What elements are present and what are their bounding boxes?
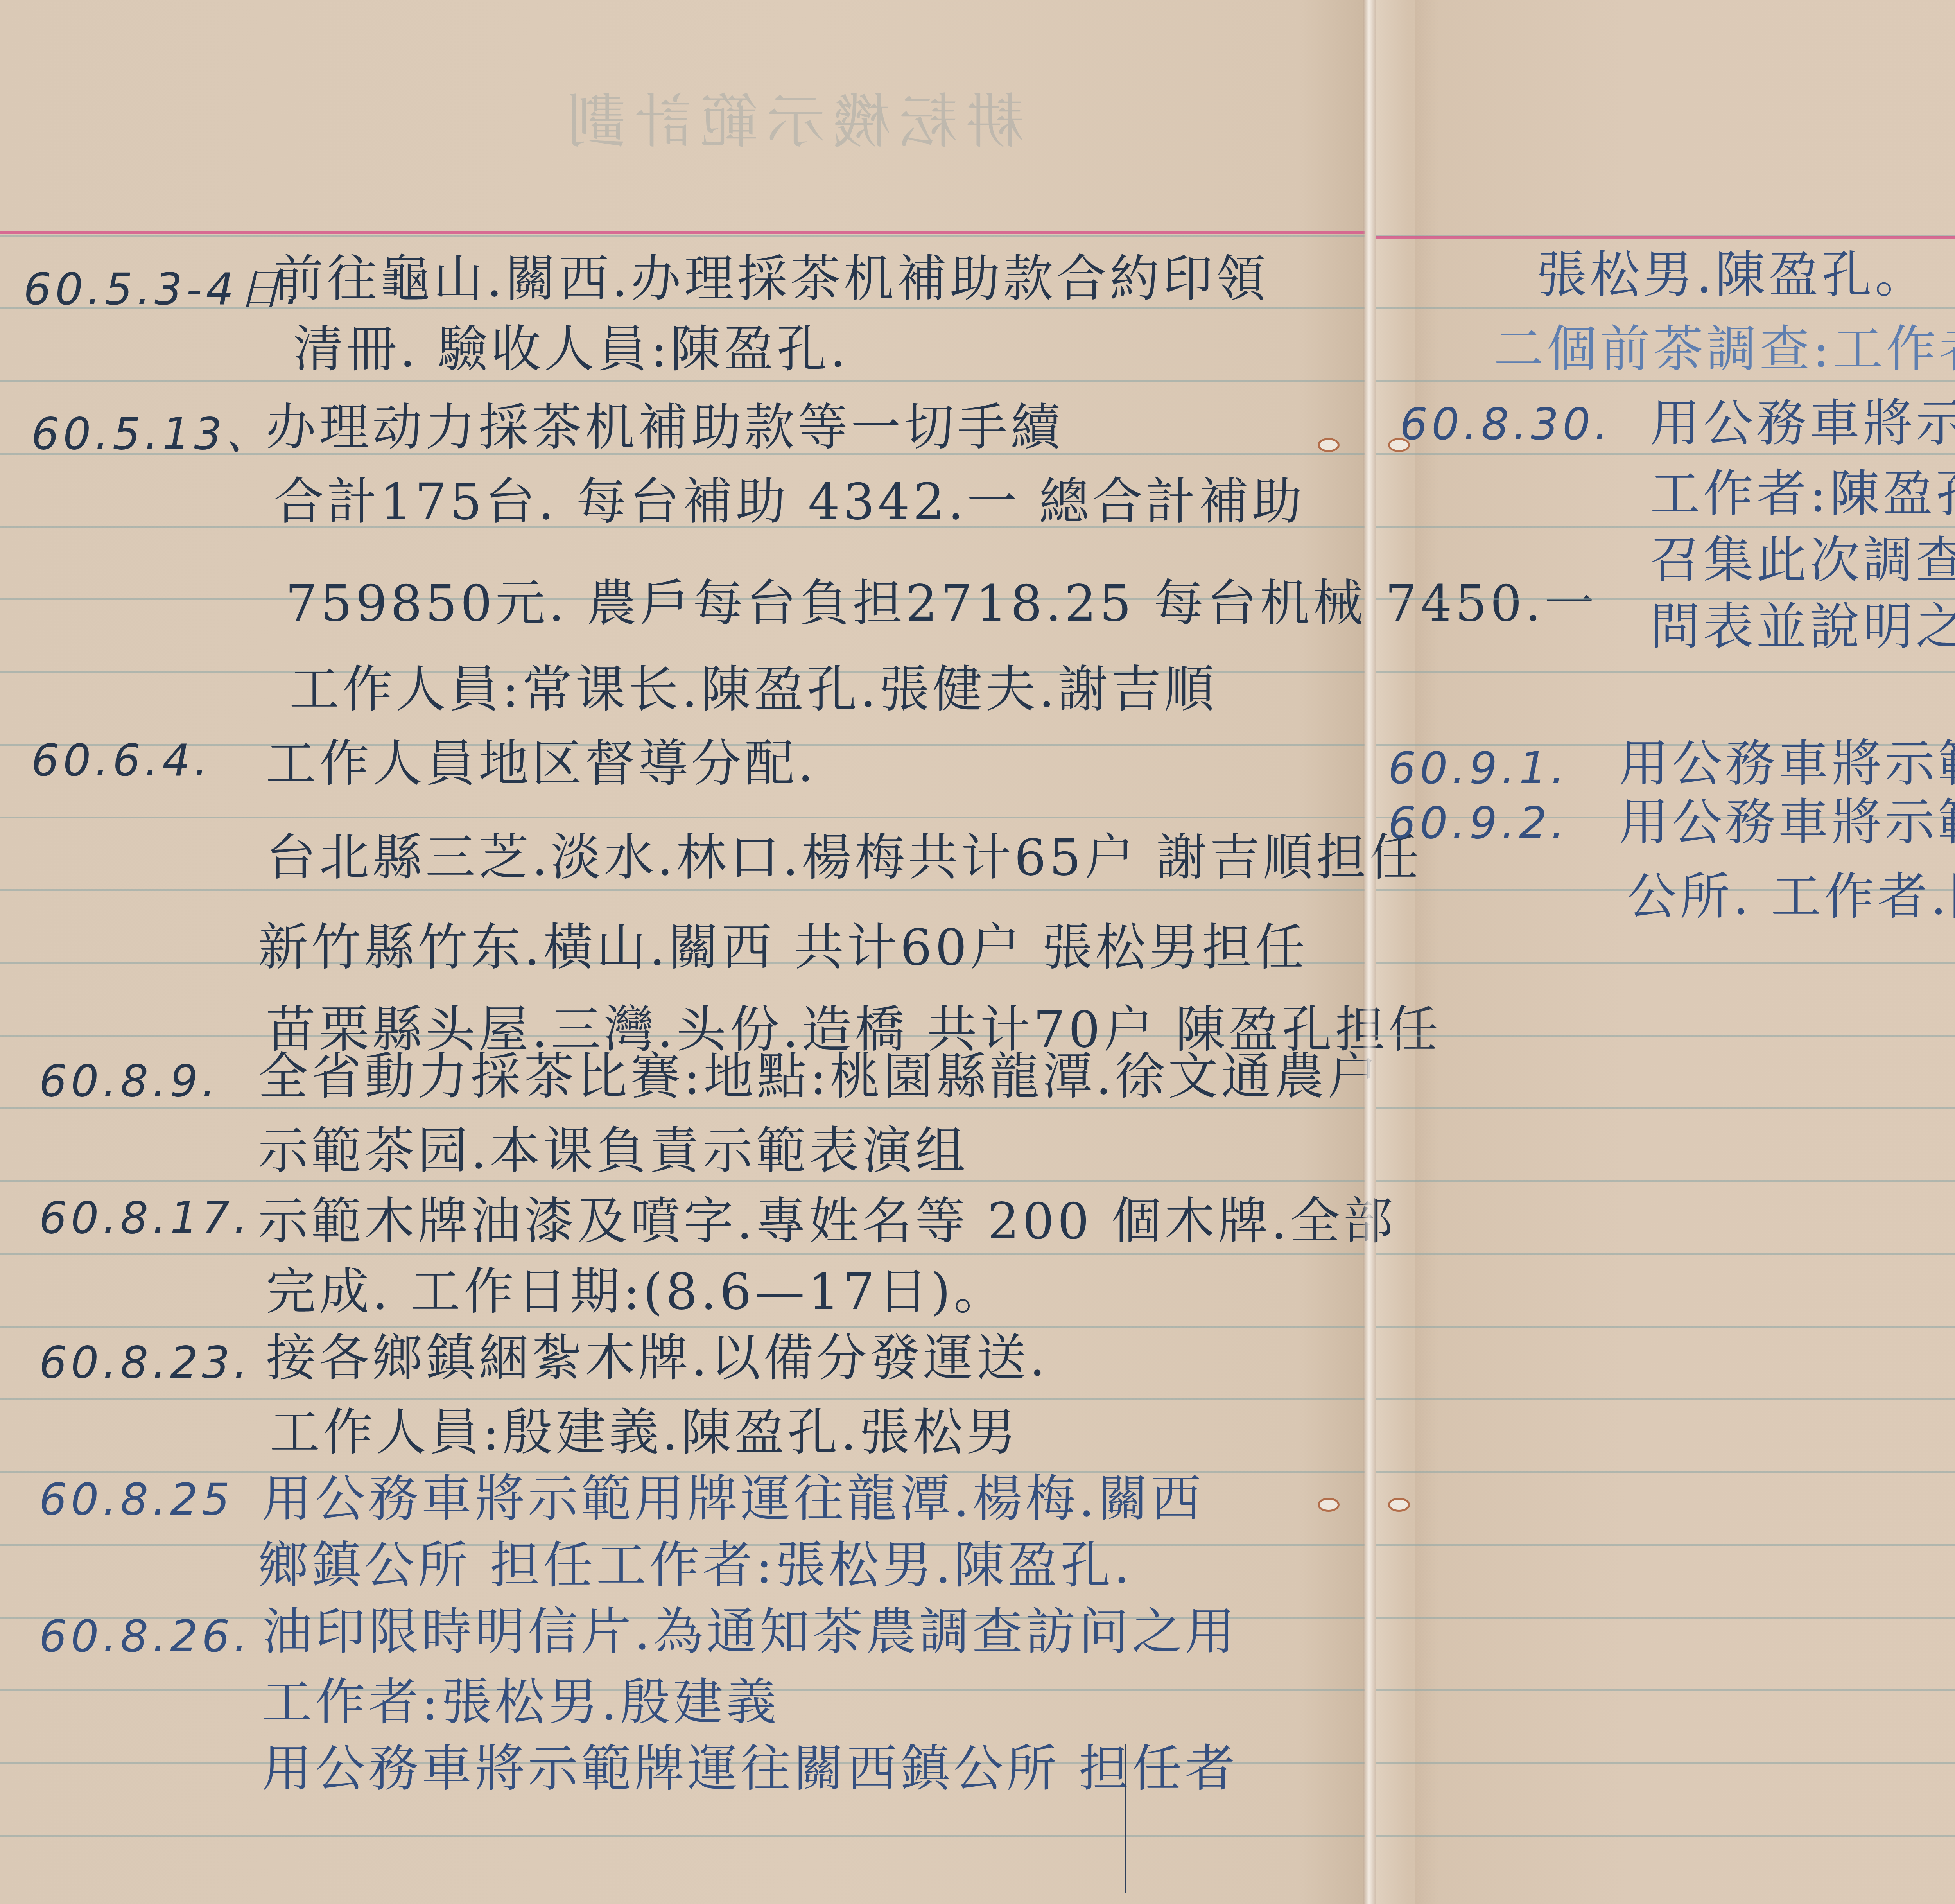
staple-hole <box>1318 1498 1340 1512</box>
entry-line: 張松男.陳盈孔。 <box>1537 250 1928 300</box>
entry-date: 60.8.25 <box>39 1474 234 1525</box>
right-page: 張松男.陳盈孔。 二個前茶調查:工作者:張松男.殷建義 60.8.30. 用公務… <box>1376 0 1955 1904</box>
red-margin-line <box>1376 236 1955 239</box>
entry-line: 工作人員地区督導分配. <box>266 739 817 789</box>
notebook-spread: 耕耘機示範計劃 60.5.3-4日. 前往龜山.關西.办理採茶机補助款合約印領 … <box>0 0 1955 1904</box>
entry-line: 用公務車將示範牌運往苗栗.頭份.三灣.頭屋 <box>1619 739 1955 789</box>
entry-line: 合計175台. 每台補助 4342.一 總合計補助 <box>274 477 1305 527</box>
entry-line: 用公務車將示範用牌運往龍潭.楊梅.關西 <box>262 1474 1204 1524</box>
staple-hole <box>1388 1498 1410 1512</box>
entry-line: 用公務車將示範牌運往新竹 <box>1650 399 1955 449</box>
entry-date: 60.8.9. <box>39 1056 220 1107</box>
entry-line: 用公務車將示範牌運往關西鎮公所 担任者 <box>262 1744 1238 1794</box>
entry-line: 工作者:張松男.殷建義 <box>262 1678 780 1728</box>
entry-line: 公所. 工作者.陳盈孔.張松男前往。 <box>1627 872 1955 922</box>
entry-line: 办理动力採茶机補助款等一切手續 <box>266 403 1064 453</box>
entry-line: 工作人員:殷建義.陳盈孔.張松男 <box>270 1408 1019 1458</box>
entry-line: 工作者:陳盈孔、張松男 <box>1650 469 1955 519</box>
staple-hole <box>1388 438 1410 452</box>
entry-line: 工作人員:常课长.陳盈孔.張健夫.謝吉順 <box>289 665 1217 715</box>
entry-line: 新竹縣竹东.橫山.關西 共计60户 張松男担任 <box>258 923 1308 973</box>
entry-line: 前往龜山.關西.办理採茶机補助款合約印領 <box>274 254 1269 304</box>
entry-line: 用公務車將示範木牌運往台北縣淡水鎮.三芝鄉 <box>1619 798 1955 848</box>
entry-line: 問表並說明之.並分發限时明信片通知單. <box>1650 602 1955 652</box>
entry-date: 60.9.2. <box>1388 798 1569 849</box>
entry-date: 60.5.3-4日. <box>23 254 303 317</box>
book-gutter <box>1363 0 1376 1904</box>
entry-line: 召集此次調查督導人員開会.分發訪 <box>1650 536 1955 586</box>
entry-line: 示範茶园.本课負責示範表演组 <box>258 1126 969 1176</box>
staple-hole <box>1318 438 1340 452</box>
entry-date: 60.8.23. <box>39 1337 251 1388</box>
entry-date: 60.8.26. <box>39 1611 251 1662</box>
ink-descender-stroke <box>1125 1744 1126 1893</box>
entry-line: 完成. 工作日期:(8.6—17日)。 <box>266 1267 1007 1317</box>
entry-line: 台北縣三芝.淡水.林口.楊梅共计65户 謝吉順担任 <box>266 833 1422 883</box>
entry-line: 全省動力採茶比賽:地點:桃園縣龍潭.徐文通農户 <box>258 1052 1381 1102</box>
left-page: 耕耘機示範計劃 60.5.3-4日. 前往龜山.關西.办理採茶机補助款合約印領 … <box>0 0 1365 1904</box>
entry-line: 示範木牌油漆及噴字.專姓名等 200 個木牌.全部 <box>258 1197 1396 1247</box>
entry-date: 60.5.13、 <box>31 399 274 462</box>
entry-line: 清冊. 驗收人員:陳盈孔. <box>293 325 849 375</box>
entry-date: 60.8.30. <box>1400 399 1612 450</box>
entry-date: 60.6.4. <box>31 735 212 786</box>
entry-date: 60.9.1. <box>1388 743 1569 794</box>
entry-line: 油印限時明信片.為通知茶農調查訪问之用 <box>262 1607 1238 1657</box>
red-margin-line <box>0 231 1365 234</box>
entry-line: 二個前茶調查:工作者:張松男.殷建義 <box>1494 325 1955 375</box>
entry-line: 鄉鎮公所 担任工作者:張松男.陳盈孔. <box>258 1541 1133 1591</box>
bleed-through-header: 耕耘機示範計劃 <box>559 74 1024 159</box>
entry-line: 接各鄉鎮綑紮木牌.以備分發運送. <box>266 1333 1048 1384</box>
entry-date: 60.8.17. <box>39 1193 251 1244</box>
